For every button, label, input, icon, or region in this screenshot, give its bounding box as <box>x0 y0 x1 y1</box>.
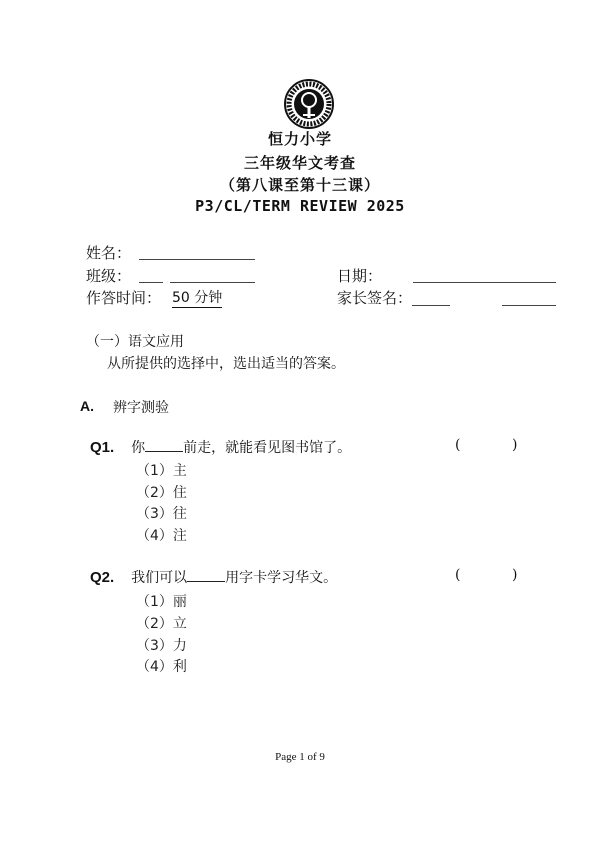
class-field-short[interactable] <box>139 282 163 283</box>
part-letter: A. <box>80 398 94 414</box>
question-text-before: 我们可以 <box>131 570 187 586</box>
time-value: 50 分钟 <box>172 287 222 308</box>
name-field[interactable] <box>139 259 255 260</box>
exam-title: 三年级华文考查 <box>0 152 600 173</box>
option-3[interactable]: （3）力 <box>136 635 187 655</box>
parent-signature-field-b[interactable] <box>502 305 556 306</box>
name-label: 姓名： <box>86 242 131 263</box>
question-number: Q1. <box>90 439 114 456</box>
answer-paren-close: ) <box>512 437 517 453</box>
question-2: Q2. 我们可以用字卡学习华文。 <box>90 567 337 587</box>
exam-code: P3/CL/TERM REVIEW 2025 <box>0 197 600 215</box>
time-label: 作答时间： <box>86 287 161 308</box>
option-4[interactable]: （4）利 <box>136 656 187 676</box>
answer-box-q2[interactable] <box>463 567 511 585</box>
question-text-before: 你 <box>131 440 145 456</box>
section-instruction: 从所提供的选择中，选出适当的答案。 <box>107 353 345 373</box>
question-1: Q1. 你前走，就能看见图书馆了。 <box>90 437 351 457</box>
class-field[interactable] <box>170 282 255 283</box>
option-2[interactable]: （2）立 <box>136 613 187 633</box>
question-number: Q2. <box>90 569 114 586</box>
option-4[interactable]: （4）注 <box>136 525 187 545</box>
option-2[interactable]: （2）住 <box>136 482 187 502</box>
answer-paren-open: ( <box>455 567 460 583</box>
question-text-after: 前走，就能看见图书馆了。 <box>183 440 351 456</box>
date-field[interactable] <box>413 282 556 283</box>
answer-box-q1[interactable] <box>463 437 511 455</box>
option-1[interactable]: （1）丽 <box>136 591 187 611</box>
class-label: 班级： <box>86 265 131 286</box>
section-title: （一）语文应用 <box>86 331 184 351</box>
page-number: Page 1 of 9 <box>0 751 600 763</box>
school-crest-icon <box>283 78 335 130</box>
option-3[interactable]: （3）往 <box>136 503 187 523</box>
school-name: 恒力小学 <box>0 128 600 149</box>
question-text-after: 用字卡学习华文。 <box>225 570 337 586</box>
answer-blank <box>187 567 225 582</box>
answer-blank <box>145 437 183 452</box>
parent-signature-label: 家长签名： <box>337 287 412 308</box>
answer-paren-open: ( <box>455 437 460 453</box>
option-1[interactable]: （1）主 <box>136 460 187 480</box>
lesson-range: （第八课至第十三课） <box>0 174 600 195</box>
parent-signature-field-a[interactable] <box>412 305 450 306</box>
part-title: 辨字测验 <box>113 397 169 417</box>
answer-paren-close: ) <box>512 567 517 583</box>
date-label: 日期： <box>337 265 382 286</box>
